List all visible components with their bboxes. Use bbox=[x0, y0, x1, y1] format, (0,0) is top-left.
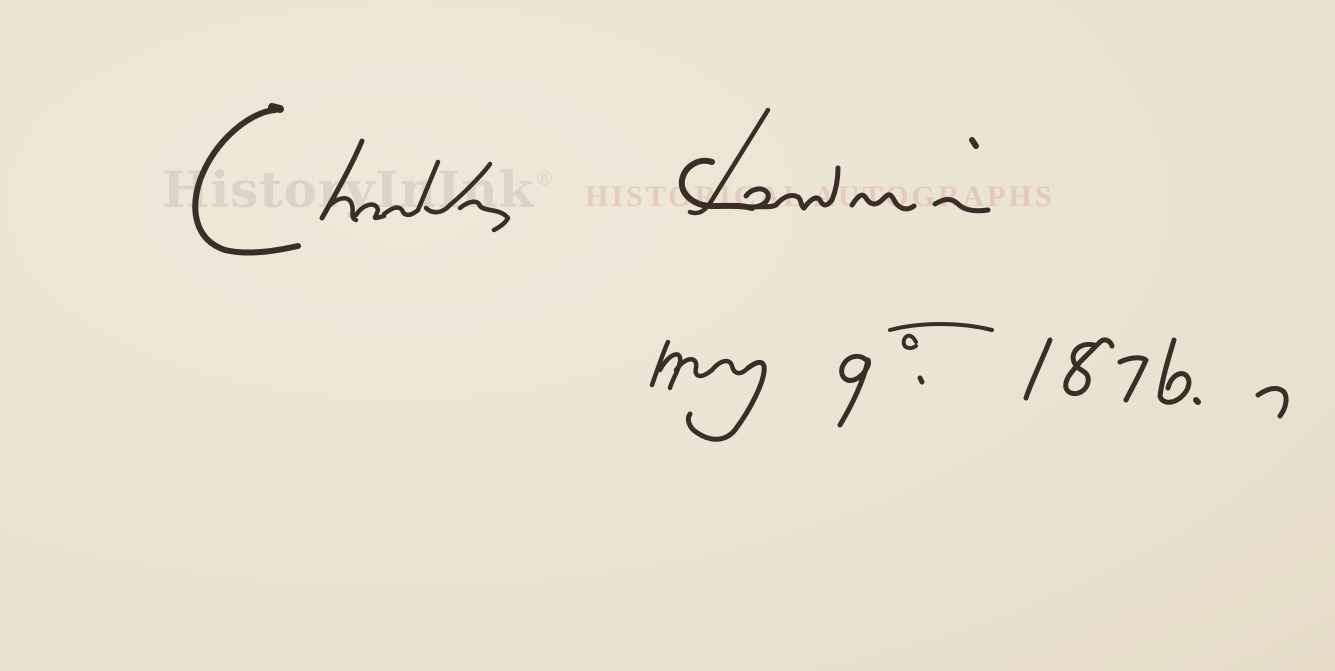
signature-first-name bbox=[195, 107, 508, 253]
handwritten-date bbox=[652, 324, 1286, 439]
signature-last-name bbox=[682, 110, 988, 213]
handwriting-ink bbox=[0, 0, 1335, 671]
autograph-card: HistoryInInk® HISTORICAL AUTOGRAPHS Char… bbox=[0, 0, 1335, 671]
